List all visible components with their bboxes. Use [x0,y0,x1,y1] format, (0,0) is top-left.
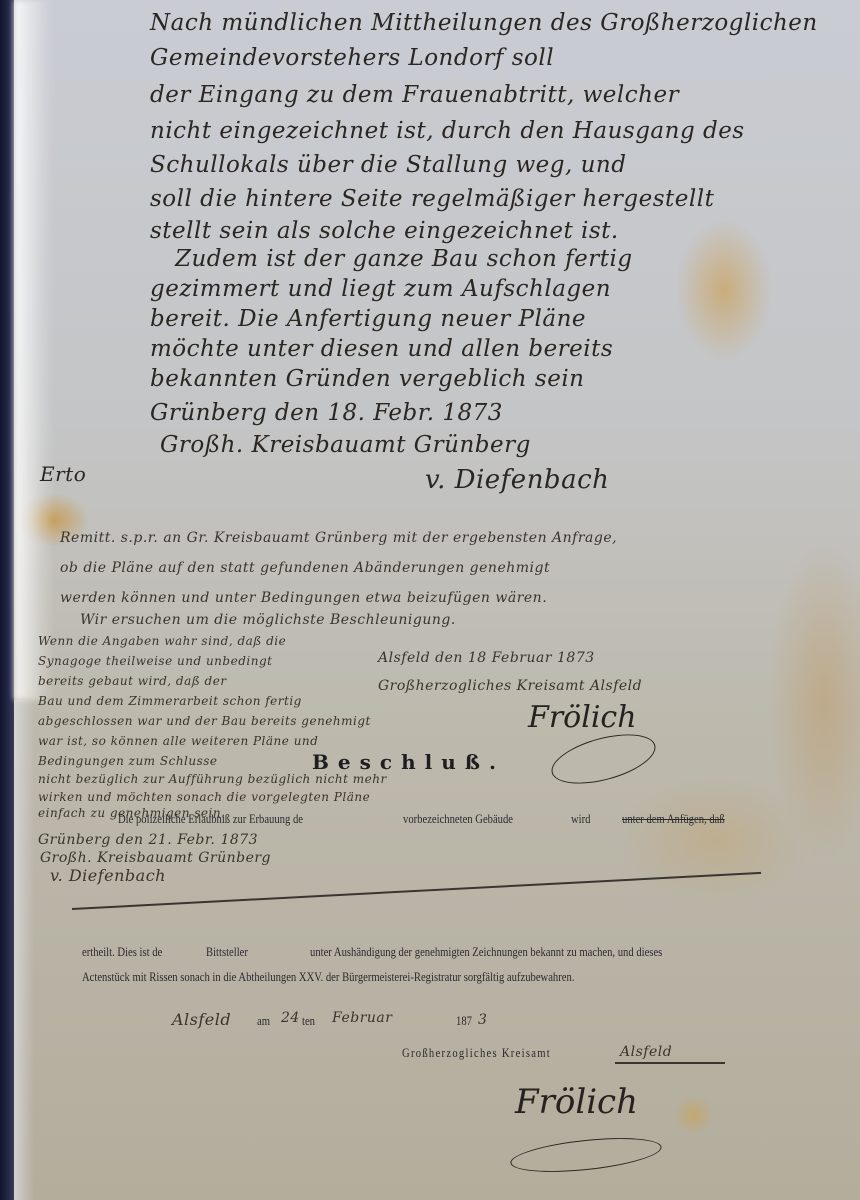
print-text: wird [571,812,590,827]
permit-print-line-3: Actenstück mit Rissen sonach in die Abth… [82,970,574,985]
closing-place: Alsfeld [172,1010,231,1029]
note-line: Wenn die Angaben wahr sind, daß die [38,634,286,648]
glass-glare-lower [14,700,34,1200]
letter-line: gezimmert und liegt zum Aufschlagen [150,276,611,302]
letter-line: möchte unter diesen und allen bereits [150,336,613,362]
closing-year-suffix: 3 [478,1012,487,1028]
print-text: Bittsteller [206,945,248,960]
place-date: Alsfeld den 18 Februar 1873 [378,650,595,666]
note-line: war ist, so können alle weiteren Pläne u… [38,734,318,748]
note-line: nicht bezüglich zur Aufführung bezüglich… [38,772,387,786]
note-line: Synagoge theilweise und unbedingt [38,654,272,668]
place-date: Grünberg den 18. Febr. 1873 [150,400,503,426]
print-text: ten [302,1014,315,1029]
note-line: bereits gebaut wird, daß der [38,674,227,688]
closing-office-place: Alsfeld [620,1044,672,1060]
closing-day: 24 [281,1010,300,1026]
print-text: ertheilt. Dies ist de [82,945,162,960]
place-date: Grünberg den 21. Febr. 1873 [38,832,258,848]
note-line: Remitt. s.p.r. an Gr. Kreisbauamt Grünbe… [60,530,617,546]
letter-line: stellt sein als solche eingezeichnet ist… [150,218,619,244]
signature: v. Diefenbach [50,866,166,885]
print-text: Die polizeiliche Erlaubniß zur Erbauung … [118,812,303,827]
letter-line: bereit. Die Anfertigung neuer Pläne [150,306,586,332]
frame-edge [0,0,14,1200]
note-line: Bedingungen zum Schlusse [38,754,218,768]
print-text: 187 [456,1014,472,1029]
signature: Frölich [515,1082,638,1122]
note-line: abgeschlossen war und der Bau bereits ge… [38,714,371,728]
letter-line: bekannten Gründen vergeblich sein [150,366,585,392]
print-text: am [257,1014,270,1029]
decision-heading: Beschluß. [312,750,505,774]
letter-line: nicht eingezeichnet ist, durch den Hausg… [150,118,745,144]
note-line: ob die Pläne auf den statt gefundenen Ab… [60,560,550,576]
letter-line: Nach mündlichen Mittheilungen des Großhe… [150,10,818,36]
office-name: Großherzogliches Kreisamt Alsfeld [378,678,642,694]
signature: Frölich [528,700,637,735]
print-text: unter Aushändigung der genehmigten Zeich… [310,945,662,960]
note-line: werden können und unter Bedingungen etwa… [60,590,547,606]
underline [615,1062,725,1064]
note-line: Bau und dem Zimmerarbeit schon fertig [38,694,302,708]
note-line: wirken und möchten sonach die vorgelegte… [38,790,370,804]
letter-line: Schullokals über die Stallung weg, und [150,152,626,178]
closing-month: Februar [332,1010,392,1026]
letter-line: der Eingang zu dem Frauenabtritt, welche… [150,82,679,108]
print-text: vorbezeichneten Gebäude [403,812,513,827]
office-name: Großh. Kreisbauamt Grünberg [40,850,271,866]
glass-glare [14,0,54,700]
letter-line: soll die hintere Seite regelmäßiger herg… [150,186,714,212]
letter-line: Zudem ist der ganze Bau schon fertig [175,246,633,272]
closing-office: Großherzogliches Kreisamt [402,1046,551,1061]
office-name: Großh. Kreisbauamt Grünberg [160,432,531,458]
note-line: Wir ersuchen um die möglichste Beschleun… [80,612,456,628]
letter-line: Gemeindevorstehers Londorf soll [150,45,554,71]
signature: v. Diefenbach [425,465,609,495]
struck-text: unter dem Anfügen, daß [622,812,725,827]
margin-note: Erto [40,462,86,486]
